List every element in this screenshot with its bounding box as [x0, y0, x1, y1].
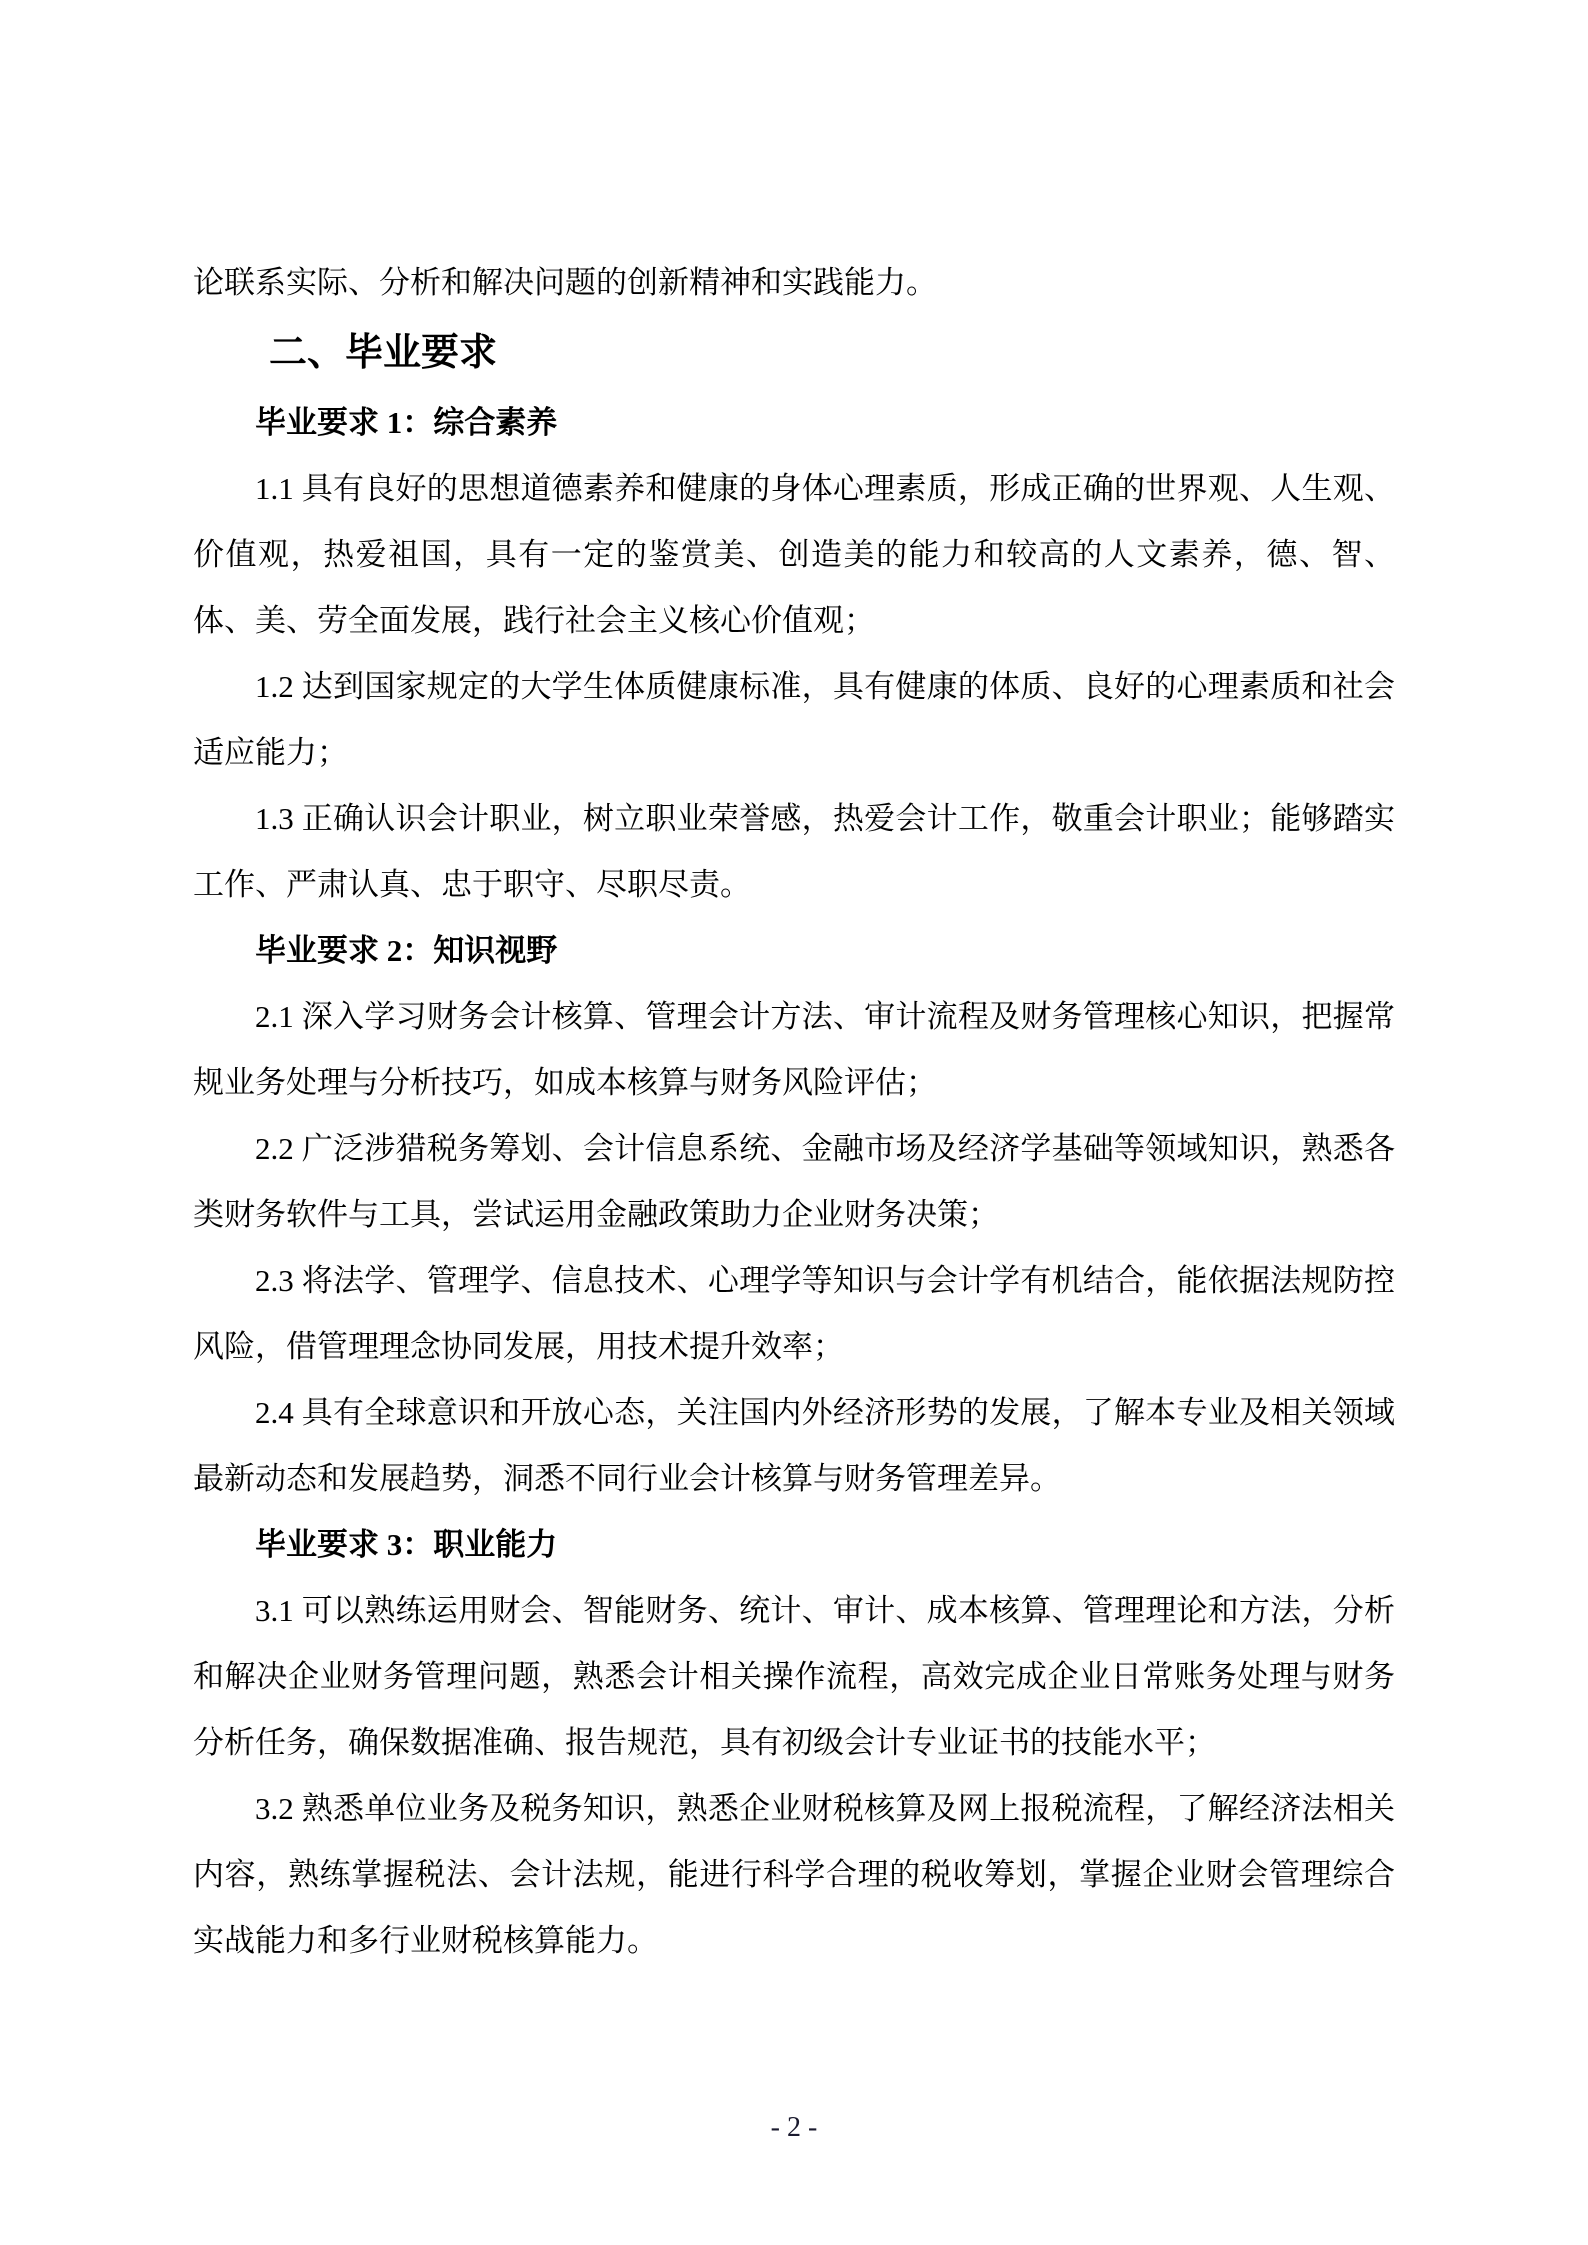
paragraph-3-2: 3.2 熟悉单位业务及税务知识，熟悉企业财税核算及网上报税流程，了解经济法相关内… — [193, 1776, 1395, 1974]
paragraph-intro-continuation: 论联系实际、分析和解决问题的创新精神和实践能力。 — [193, 250, 1395, 316]
page-number: - 2 - — [0, 2108, 1588, 2148]
paragraph-2-1: 2.1 深入学习财务会计核算、管理会计方法、审计流程及财务管理核心知识，把握常规… — [193, 984, 1395, 1116]
subheading-requirement-3: 毕业要求 3：职业能力 — [193, 1512, 1395, 1578]
paragraph-2-4: 2.4 具有全球意识和开放心态，关注国内外经济形势的发展，了解本专业及相关领域最… — [193, 1380, 1395, 1512]
paragraph-2-2: 2.2 广泛涉猎税务筹划、会计信息系统、金融市场及经济学基础等领域知识，熟悉各类… — [193, 1116, 1395, 1248]
section-heading-graduation-requirements: 二、毕业要求 — [193, 316, 1395, 390]
paragraph-2-3: 2.3 将法学、管理学、信息技术、心理学等知识与会计学有机结合，能依据法规防控风… — [193, 1248, 1395, 1380]
subheading-requirement-2: 毕业要求 2：知识视野 — [193, 918, 1395, 984]
subheading-requirement-1: 毕业要求 1：综合素养 — [193, 390, 1395, 456]
paragraph-1-3: 1.3 正确认识会计职业，树立职业荣誉感，热爱会计工作，敬重会计职业；能够踏实工… — [193, 786, 1395, 918]
paragraph-1-1: 1.1 具有良好的思想道德素养和健康的身体心理素质，形成正确的世界观、人生观、价… — [193, 456, 1395, 654]
paragraph-1-2: 1.2 达到国家规定的大学生体质健康标准，具有健康的体质、良好的心理素质和社会适… — [193, 654, 1395, 786]
document-page: 论联系实际、分析和解决问题的创新精神和实践能力。 二、毕业要求 毕业要求 1：综… — [0, 0, 1588, 2245]
paragraph-3-1: 3.1 可以熟练运用财会、智能财务、统计、审计、成本核算、管理理论和方法，分析和… — [193, 1578, 1395, 1776]
document-body: 论联系实际、分析和解决问题的创新精神和实践能力。 二、毕业要求 毕业要求 1：综… — [193, 250, 1395, 1974]
